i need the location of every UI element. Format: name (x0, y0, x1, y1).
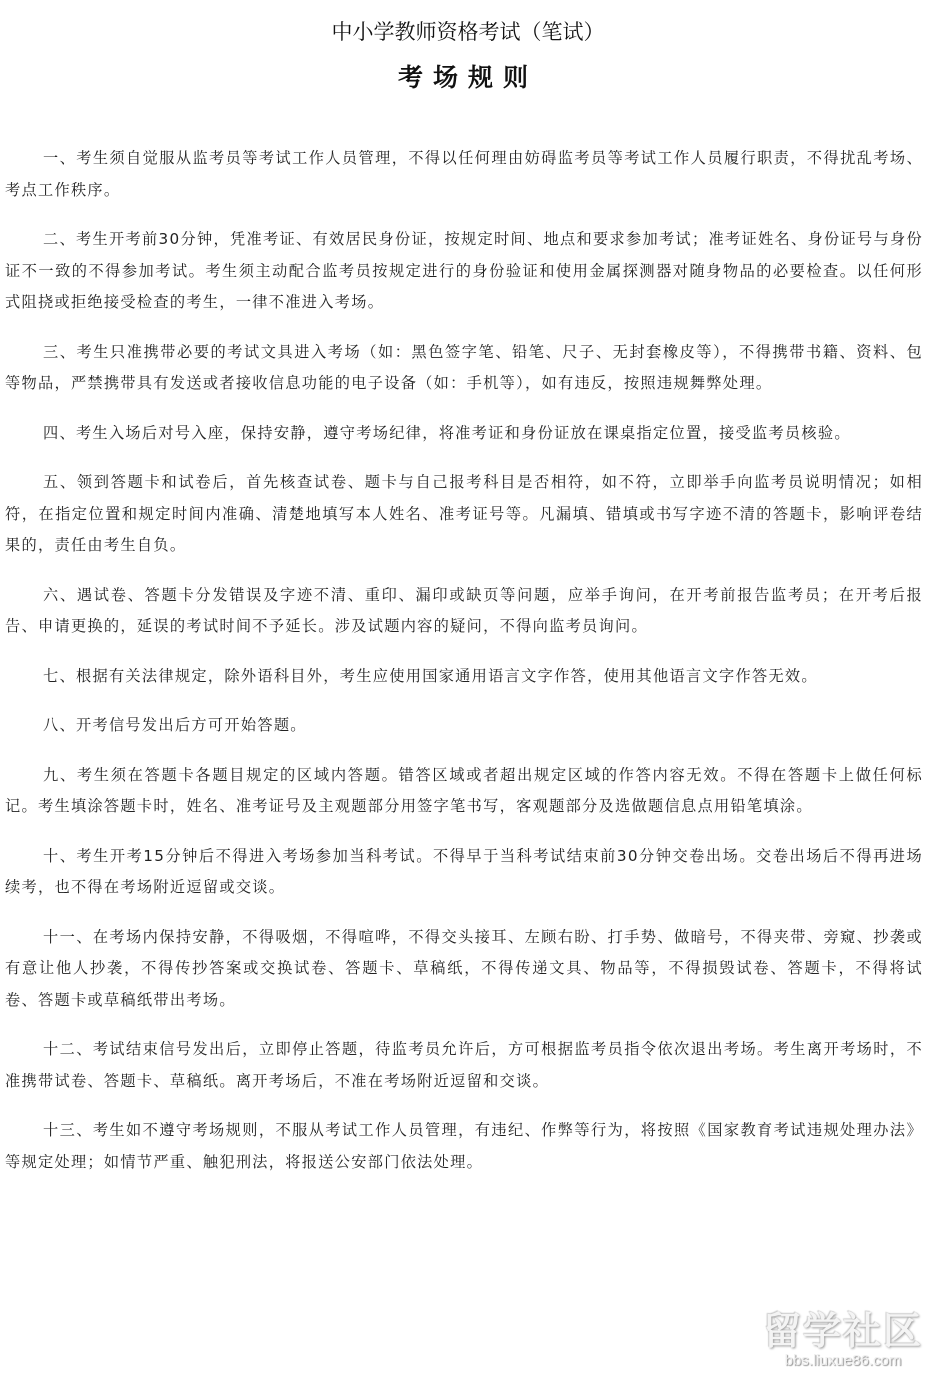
rule-1: 一、考生须自觉服从监考员等考试工作人员管理，不得以任何理由妨碍监考员等考试工作人… (5, 143, 923, 206)
watermark-main-text: 留学社区 (758, 1310, 928, 1352)
watermark-logo: 留学社区 bbs.liuxue86.com (758, 1310, 928, 1378)
rule-4: 四、考生入场后对号入座，保持安静，遵守考场纪律，将准考证和身份证放在课桌指定位置… (5, 418, 923, 450)
rule-7: 七、根据有关法律规定，除外语科目外，考生应使用国家通用语言文字作答，使用其他语言… (5, 661, 923, 693)
watermark-url-text: bbs.liuxue86.com (758, 1352, 928, 1370)
rule-10: 十、考生开考15分钟后不得进入考场参加当科考试。不得早于当科考试结束前30分钟交… (5, 841, 923, 904)
rule-2: 二、考生开考前30分钟，凭准考证、有效居民身份证，按规定时间、地点和要求参加考试… (5, 224, 923, 319)
rule-13: 十三、考生如不遵守考场规则，不服从考试工作人员管理，有违纪、作弊等行为，将按照《… (5, 1115, 923, 1178)
rule-12: 十二、考试结束信号发出后，立即停止答题，待监考员允许后，方可根据监考员指令依次退… (5, 1034, 923, 1097)
rule-9: 九、考生须在答题卡各题目规定的区域内答题。错答区域或者超出规定区域的作答内容无效… (5, 760, 923, 823)
rules-list: 一、考生须自觉服从监考员等考试工作人员管理，不得以任何理由妨碍监考员等考试工作人… (5, 143, 923, 1196)
rule-3: 三、考生只准携带必要的考试文具进入考场（如：黑色签字笔、铅笔、尺子、无封套橡皮等… (5, 337, 923, 400)
rule-5: 五、领到答题卡和试卷后，首先核查试卷、题卡与自己报考科目是否相符，如不符，立即举… (5, 467, 923, 562)
rule-8: 八、开考信号发出后方可开始答题。 (5, 710, 923, 742)
document-subtitle: 中小学教师资格考试（笔试） (0, 16, 936, 46)
document-title: 考场规则 (0, 58, 936, 94)
rule-6: 六、遇试卷、答题卡分发错误及字迹不清、重印、漏印或缺页等问题，应举手询问，在开考… (5, 580, 923, 643)
rule-11: 十一、在考场内保持安静，不得吸烟，不得喧哗，不得交头接耳、左顾右盼、打手势、做暗… (5, 922, 923, 1017)
